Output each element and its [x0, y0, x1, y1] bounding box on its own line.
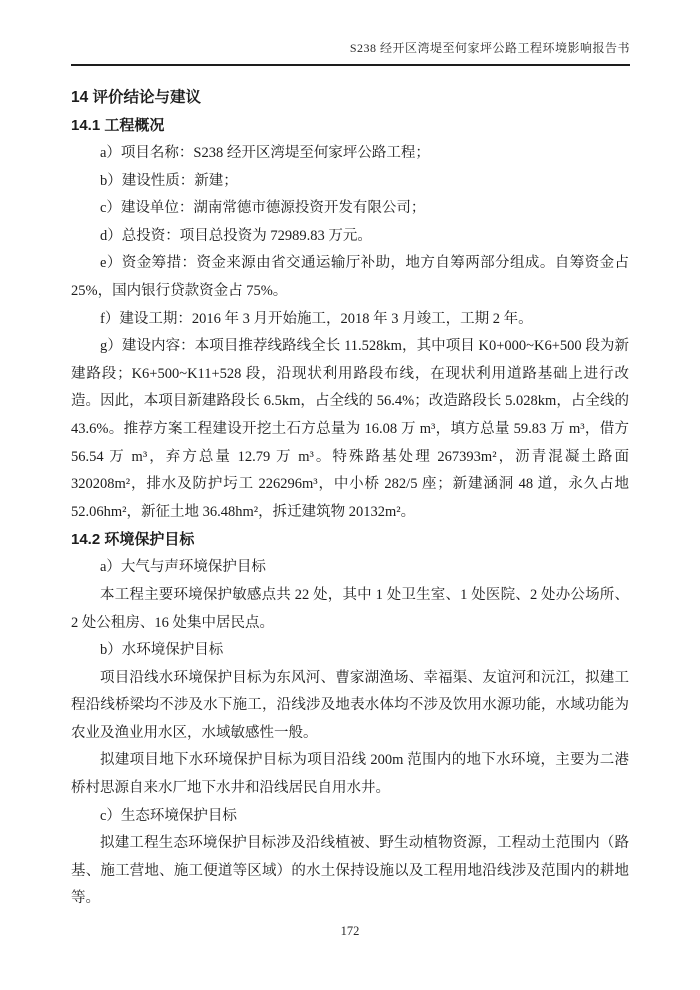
header-rule [71, 64, 630, 66]
paragraph-funding: e）资金筹措：资金来源由省交通运输厅补助，地方自筹两部分组成。自筹资金占 25%… [71, 250, 629, 305]
subheading-air-noise-targets: a）大气与声环境保护目标 [71, 554, 629, 582]
section-heading-14: 14 评价结论与建议 [71, 84, 629, 112]
paragraph-construction-period: f）建设工期：2016 年 3 月开始施工，2018 年 3 月竣工，工期 2 … [71, 306, 629, 334]
paragraph-construction-scope: g）建设内容：本项目推荐线路线全长 11.528km，其中项目 K0+000~K… [71, 333, 629, 526]
subheading-ecology-targets: c）生态环境保护目标 [71, 803, 629, 831]
paragraph-ecology-targets-detail: 拟建工程生态环境保护目标涉及沿线植被、野生动植物资源，工程动土范围内（路基、施工… [71, 830, 629, 913]
page-number: 172 [341, 924, 360, 938]
page-footer: 172 [0, 922, 700, 940]
paragraph-project-name: a）项目名称：S238 经开区湾堤至何家坪公路工程； [71, 140, 629, 168]
paragraph-sensitive-points: 本工程主要环境保护敏感点共 22 处，其中 1 处卫生室、1 处医院、2 处办公… [71, 582, 629, 637]
section-heading-14-2: 14.2 环境保护目标 [71, 526, 629, 554]
paragraph-surface-water-targets: 项目沿线水环境保护目标为东风河、曹家湖渔场、幸福渠、友谊河和沅江，拟建工程沿线桥… [71, 665, 629, 748]
paragraph-total-investment: d）总投资：项目总投资为 72989.83 万元。 [71, 223, 629, 251]
paragraph-construction-unit: c）建设单位：湖南常德市德源投资开发有限公司； [71, 195, 629, 223]
document-page: S238 经开区湾堤至何家坪公路工程环境影响报告书 14 评价结论与建议 14.… [0, 0, 700, 990]
paragraph-groundwater-targets: 拟建项目地下水环境保护目标为项目沿线 200m 范围内的地下水环境，主要为二港桥… [71, 747, 629, 802]
paragraph-construction-nature: b）建设性质：新建； [71, 168, 629, 196]
page-header: S238 经开区湾堤至何家坪公路工程环境影响报告书 [71, 0, 630, 66]
document-body: 14 评价结论与建议 14.1 工程概况 a）项目名称：S238 经开区湾堤至何… [71, 84, 629, 913]
report-title: S238 经开区湾堤至何家坪公路工程环境影响报告书 [71, 0, 630, 55]
subheading-water-targets: b）水环境保护目标 [71, 637, 629, 665]
section-heading-14-1: 14.1 工程概况 [71, 112, 629, 140]
